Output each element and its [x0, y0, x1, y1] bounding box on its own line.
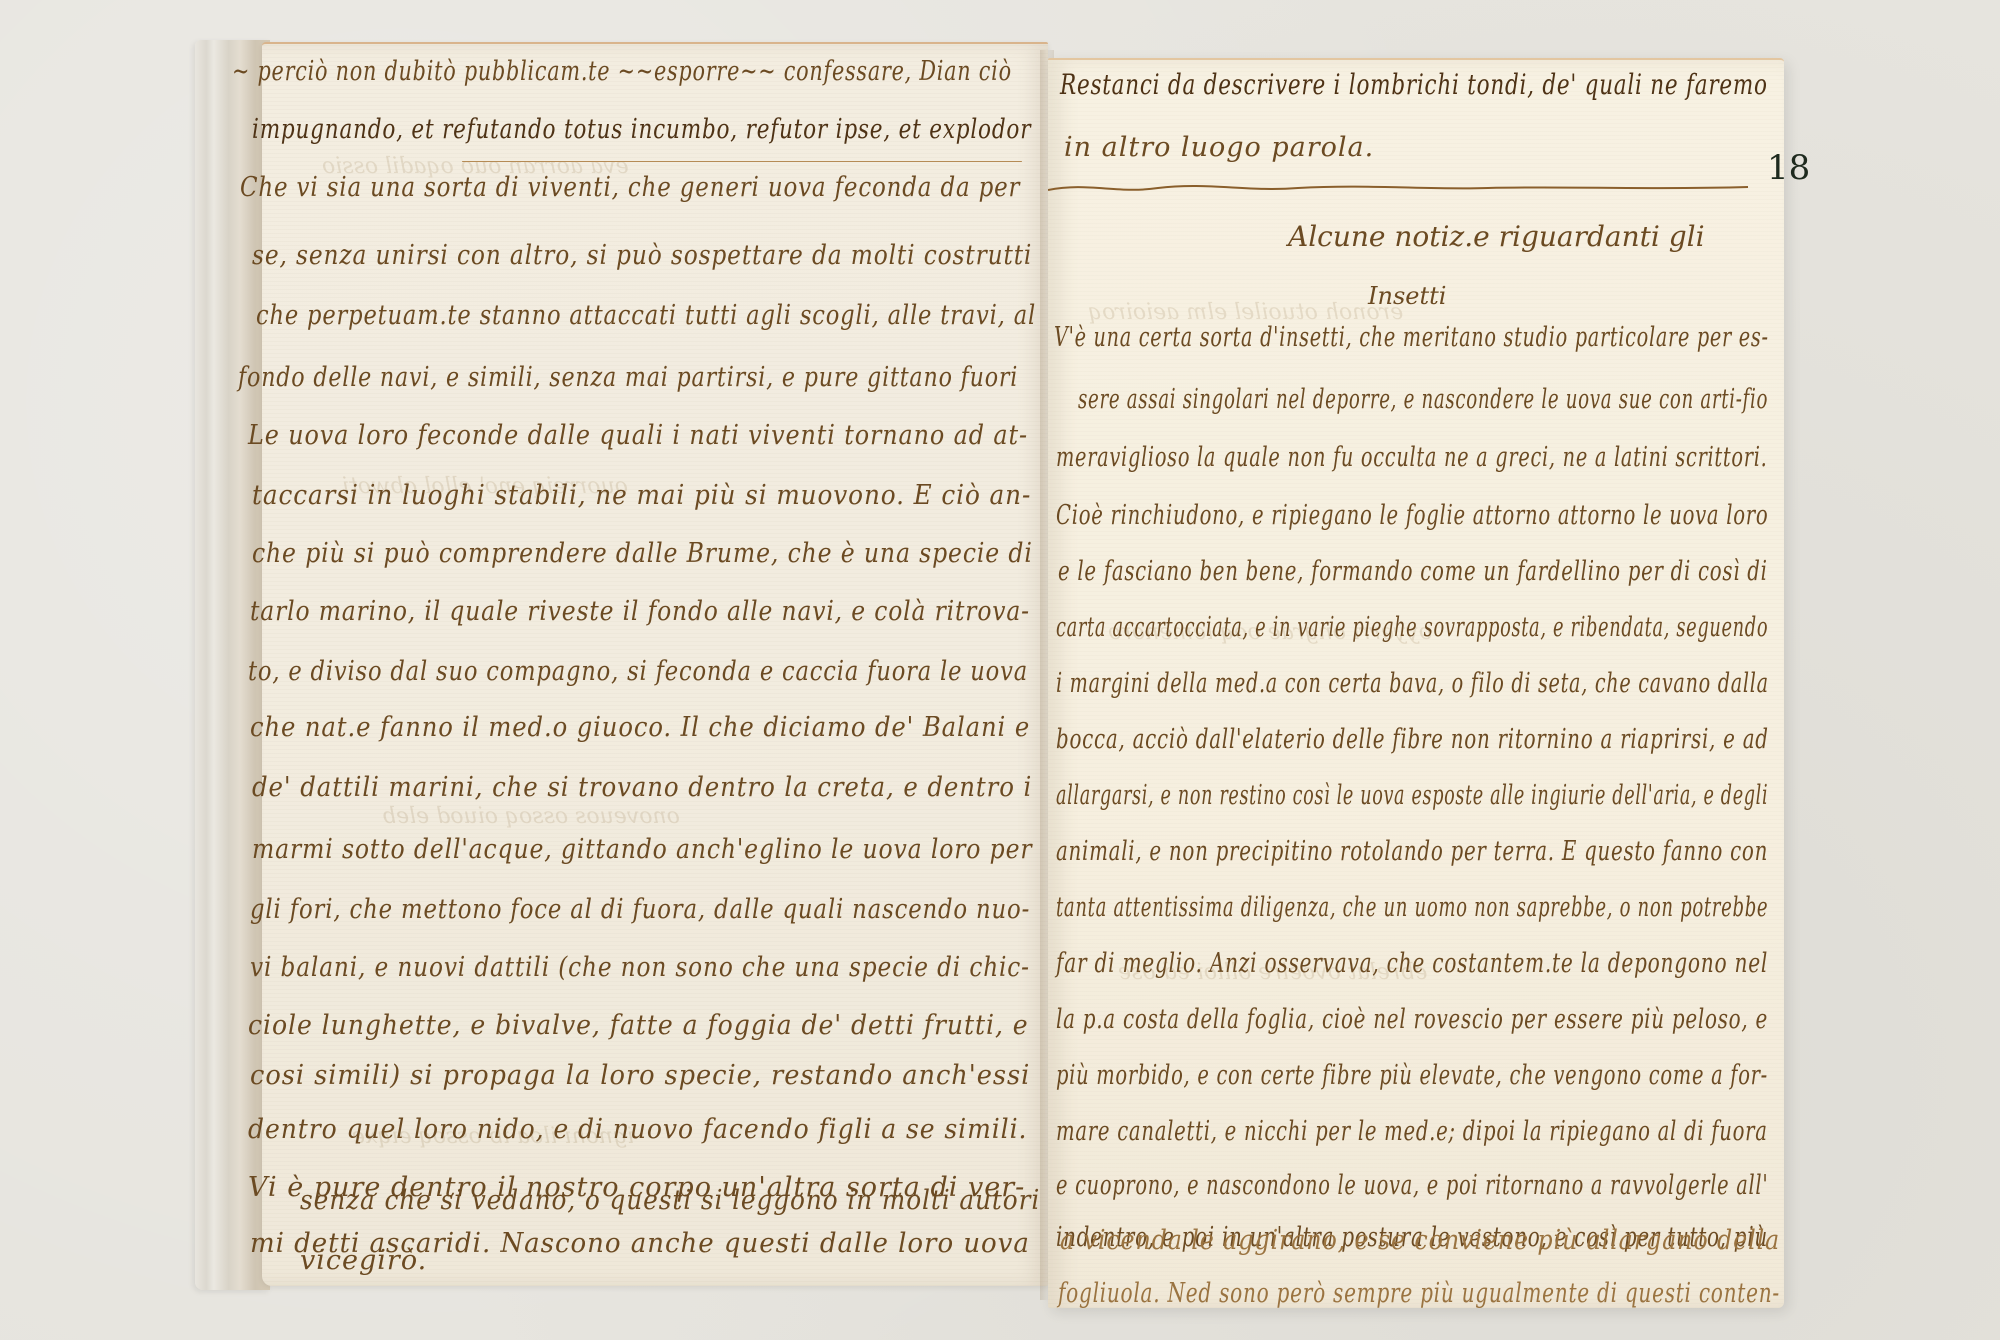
text-line: che perpetuam.te stanno attaccati tutti … — [256, 300, 1036, 331]
text-line: Che vi sia una sorta di viventi, che gen… — [240, 172, 1020, 203]
text-line: e cuoprono, e nascondono le uova, e poi … — [1056, 1170, 1768, 1201]
text-line: i margini della med.a con certa bava, o … — [1056, 668, 1769, 699]
text-line: far di meglio. Anzi osservava, che costa… — [1056, 948, 1768, 979]
text-line: fondo delle navi, e simili, senza mai pa… — [238, 362, 1018, 393]
wavy-separator-rule — [1048, 178, 1784, 198]
right-page: eronoh otuoilel elm aeioiroq oyyerri ong… — [1048, 58, 1784, 1308]
text-line: che più si può comprendere dalle Brume, … — [252, 538, 1033, 569]
text-line: tarlo marino, il quale riveste il fondo … — [250, 596, 1030, 627]
right-page-text: Restanci da descrivere i lombrichi tondi… — [1048, 60, 1784, 1308]
folio-number: 18 — [1767, 148, 1810, 188]
header-line: Restanci da descrivere i lombrichi tondi… — [1060, 68, 1768, 101]
text-line: marmi sotto dell'acque, gittando anch'eg… — [252, 834, 1032, 865]
left-page-text: ~ perciò non dubitò pubblicam.te ~~espor… — [262, 44, 1048, 1286]
text-line: e le fasciano ben bene, formando come un… — [1058, 556, 1768, 587]
text-line: ciole lunghette, e bivalve, fatte a fogg… — [248, 1010, 1029, 1041]
text-line: a vicenda le aggirano, e se conviene più… — [1060, 1225, 1780, 1256]
text-line: più morbido, e con certe fibre più eleva… — [1056, 1060, 1768, 1091]
section-title: Insetti — [1368, 282, 1446, 310]
left-page: eva aorran ouo oqadil ossio ouorreiq eno… — [262, 42, 1048, 1286]
text-line: bocca, acciò dall'elaterio delle fibre n… — [1056, 724, 1769, 755]
text-line: de' dattili marini, che si trovano dentr… — [252, 772, 1032, 803]
text-line: mare canaletti, e nicchi per le med.e; d… — [1056, 1116, 1768, 1147]
text-line: Le uova loro feconde dalle quali i nati … — [248, 420, 1028, 451]
text-line: impugnando, et refutando totus incumbo, … — [252, 114, 1031, 145]
text-line: vi balani, e nuovi dattili (che non sono… — [250, 952, 1030, 983]
text-line: fogliuola. Ned sono però sempre più ugua… — [1058, 1278, 1780, 1309]
text-line: V'è una certa sorta d'insetti, che merit… — [1054, 322, 1769, 353]
text-line: dentro quel loro nido, e di nuovo facend… — [248, 1114, 1027, 1145]
header-line: in altro luogo parola. — [1064, 132, 1374, 163]
text-line: carta accartocciata, e in varie pieghe s… — [1056, 612, 1768, 643]
text-line: Cioè rinchiudono, e ripiegano le foglie … — [1056, 500, 1768, 531]
separator-rule — [462, 161, 1022, 162]
text-line: senza che si vedano, o questi si leggono… — [300, 1185, 1040, 1216]
text-line: meraviglioso la quale non fu occulta ne … — [1056, 442, 1767, 473]
text-line: tanta attentissima diligenza, che un uom… — [1056, 892, 1768, 923]
text-line: animali, e non precipitino rotolando per… — [1056, 836, 1768, 867]
text-line: vicegirò. — [300, 1245, 427, 1276]
section-title: Alcune notiz.e riguardanti gli — [1288, 220, 1705, 253]
text-line: ~ perciò non dubitò pubblicam.te ~~espor… — [232, 56, 1012, 87]
text-line: se, senza unirsi con altro, si può sospe… — [252, 240, 1032, 271]
text-line: cosi simili) si propaga la loro specie, … — [250, 1060, 1030, 1091]
text-line: to, e diviso dal suo compagno, si fecond… — [248, 656, 1028, 687]
text-line: taccarsi in luoghi stabili, ne mai più s… — [252, 480, 1031, 511]
text-line: gli fori, che mettono foce al di fuora, … — [250, 894, 1030, 925]
text-line: sere assai singolari nel deporre, e nasc… — [1078, 384, 1768, 415]
text-line: allargarsi, e non restino così le uova e… — [1056, 780, 1768, 811]
text-line: la p.a costa della foglia, cioè nel rove… — [1056, 1004, 1768, 1035]
text-line: che nat.e fanno il med.o giuoco. Il che … — [250, 712, 1030, 743]
